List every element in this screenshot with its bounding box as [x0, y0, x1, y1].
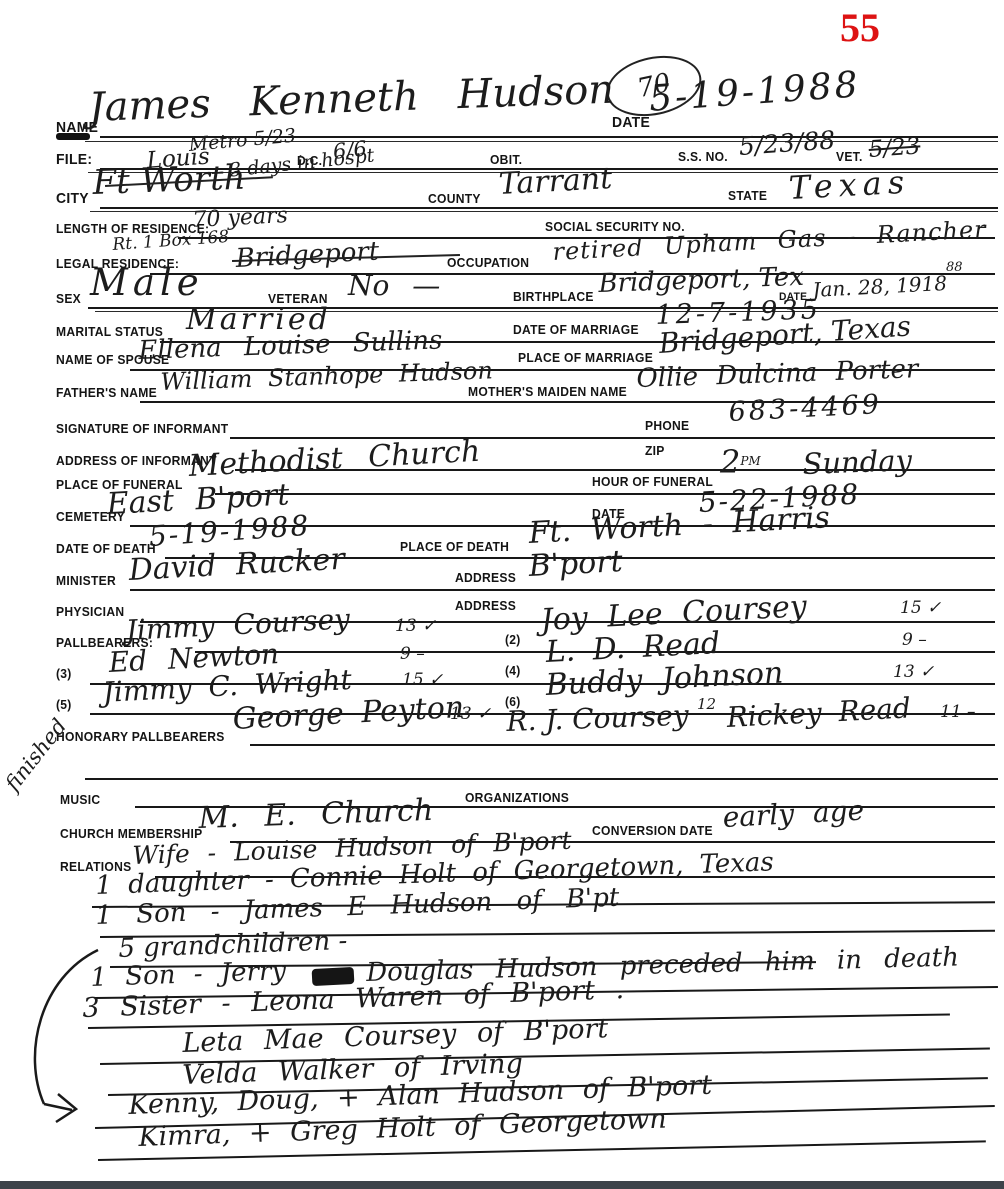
sex-label: SEX: [56, 291, 81, 306]
curved-arrow-annotation: [18, 946, 133, 1131]
physician-address-label: ADDRESS: [455, 598, 516, 613]
music-label: MUSIC: [60, 792, 100, 807]
phone-label: PHONE: [645, 418, 689, 433]
honorary-3-name: Rickey Read: [726, 694, 911, 732]
pallbearer-2-label: (2): [505, 632, 521, 647]
file-label: FILE:: [56, 151, 92, 168]
honorary-1-name: George Peyton: [232, 693, 465, 735]
ssno-label: S.S. NO.: [678, 149, 728, 164]
birthplace-label: BIRTHPLACE: [513, 289, 594, 304]
margin-note: finished: [2, 715, 71, 794]
pallbearer-3-number: 9 –: [400, 646, 425, 663]
ssno-value: 5/23/88: [738, 127, 836, 159]
funeral-record-form: 55 70 NAME DATE FILE: D.C. OBIT. S.S. NO…: [0, 0, 1004, 1189]
honorary-1-number: 13 ✓: [450, 706, 491, 723]
minister-address-label: ADDRESS: [455, 570, 516, 585]
pallbearer-6-number: 13 ✓: [893, 664, 934, 681]
date-label: DATE: [612, 114, 650, 131]
birth-date-superscript: 88: [946, 261, 963, 274]
honorary-3-number: 11 –: [940, 704, 976, 721]
form-line: [130, 589, 995, 591]
state-value: Texas: [788, 166, 911, 204]
phone-value: 683-4469: [728, 391, 883, 426]
form-line: [250, 744, 995, 746]
name-value: James Kenneth Hudson: [88, 70, 615, 128]
hour-of-funeral-label: HOUR OF FUNERAL: [592, 474, 713, 489]
scan-edge-bar: [0, 1181, 1004, 1189]
minister-address-value: B'port: [528, 547, 623, 582]
city-note: - 3 days in hospt: [216, 146, 375, 181]
form-line: [230, 437, 995, 439]
honorary-2-number: 12: [697, 697, 716, 712]
pallbearer-5-number: 15 ✓: [402, 672, 443, 689]
relation-sister2: Leta Mae Coursey of B'port: [182, 1015, 609, 1057]
state-label: STATE: [728, 188, 767, 203]
legal-residence-value: Bridgeport: [235, 238, 380, 271]
pallbearer-5-label: (5): [56, 697, 72, 712]
physician-label: PHYSICIAN: [56, 604, 124, 619]
zip-label: ZIP: [645, 443, 665, 458]
vet-value-struck: 5/23: [868, 135, 921, 162]
father-name-value: William Stanhope Hudson: [160, 358, 493, 394]
date-of-marriage-label: DATE OF MARRIAGE: [513, 322, 639, 337]
city-label: CITY: [56, 190, 89, 207]
obit-label: OBIT.: [490, 152, 522, 167]
pallbearer-4-label: (4): [505, 663, 521, 678]
organizations-label: ORGANIZATIONS: [465, 790, 569, 805]
county-label: COUNTY: [428, 191, 481, 206]
pallbearer-1-number: 13 ✓: [395, 618, 436, 635]
funeral-day-value: Sunday: [802, 446, 912, 479]
conversion-date-value: early age: [722, 797, 865, 832]
place-of-funeral-value: Methodist Church: [188, 437, 481, 482]
form-line: [215, 493, 995, 495]
honorary-2-name: R. J. Coursey: [506, 702, 689, 736]
place-of-death-value: Ft. Worth - Harris: [528, 503, 831, 549]
occupation-label: OCCUPATION: [447, 255, 529, 270]
relation-grandchildren: 5 grandchildren -: [118, 928, 348, 962]
birth-date-value: Jan. 28, 1918: [812, 273, 947, 300]
meridiem-superscript: PM: [740, 454, 760, 468]
minister-label: MINISTER: [56, 573, 116, 588]
county-value: Tarrant: [498, 164, 613, 200]
veteran-value: No —: [348, 272, 440, 300]
minister-value: David Rucker: [128, 545, 345, 586]
hour-of-funeral-value: 2PM: [720, 446, 761, 478]
pallbearer-4-number: 9 –: [902, 632, 927, 649]
form-line: [85, 778, 998, 780]
sex-value: Male: [90, 264, 204, 301]
signature-of-informant-label: SIGNATURE OF INFORMANT: [56, 421, 228, 436]
honorary-pallbearers-label: HONORARY PALLBEARERS: [56, 729, 225, 744]
conversion-date-label: CONVERSION DATE: [592, 823, 713, 838]
church-membership-value: M. E. Church: [198, 796, 434, 834]
place-of-marriage-label: PLACE OF MARRIAGE: [518, 350, 653, 365]
spouse-value: Ellena Louise Sullins: [138, 327, 443, 364]
pallbearer-2-number: 15 ✓: [900, 600, 941, 617]
father-name-label: FATHER'S NAME: [56, 385, 157, 400]
place-of-death-label: PLACE OF DEATH: [400, 539, 509, 554]
pallbearer-3-label: (3): [56, 666, 72, 681]
birthplace-value: Bridgeport, Tex: [598, 264, 804, 297]
mother-maiden-name-value: Ollie Dulcina Porter: [636, 356, 919, 392]
vet-label: VET.: [836, 149, 863, 164]
mother-maiden-name-label: MOTHER'S MAIDEN NAME: [468, 384, 627, 399]
page-number: 55: [840, 4, 880, 51]
